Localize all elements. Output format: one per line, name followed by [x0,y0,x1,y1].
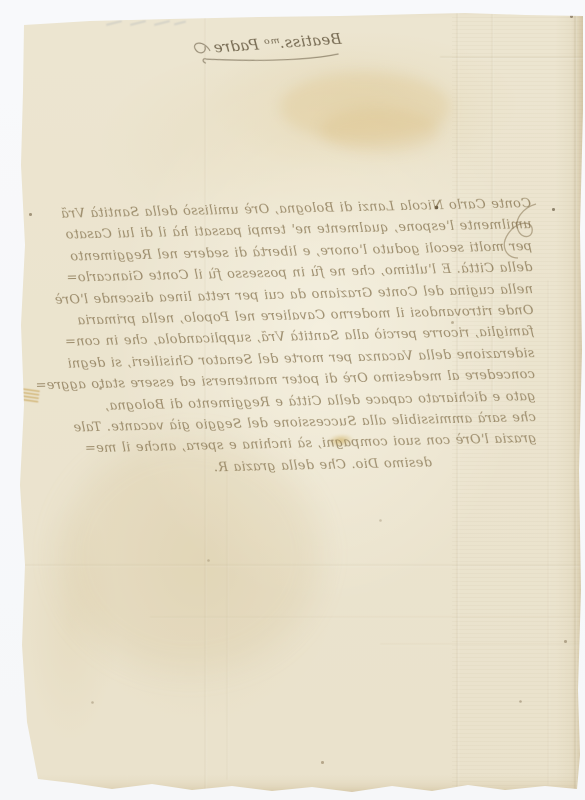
header-paraph-flourish [189,37,212,60]
paper-sheet: Beatiss.ᵐᵒ Padre Conte Carlo Nicola Lanz… [0,0,585,800]
pencil-stroke [174,21,186,26]
vertical-crease [547,280,550,785]
ink-offset-stain [320,108,440,153]
mirrored-letter-body: Conte Carlo Nicola Lanzi di Bologna, Orè… [9,193,537,483]
pencil-stroke [130,20,146,26]
scanner-background: Beatiss.ᵐᵒ Padre Conte Carlo Nicola Lanz… [0,0,585,800]
horizontal-crease [440,56,583,59]
pencil-stroke [106,20,122,26]
foxing-specks [0,0,1,1]
vertical-fold-crease [574,15,577,790]
horizontal-crease [380,643,580,646]
pencil-stroke [154,20,170,26]
faint-pencil-annotation [104,18,190,34]
